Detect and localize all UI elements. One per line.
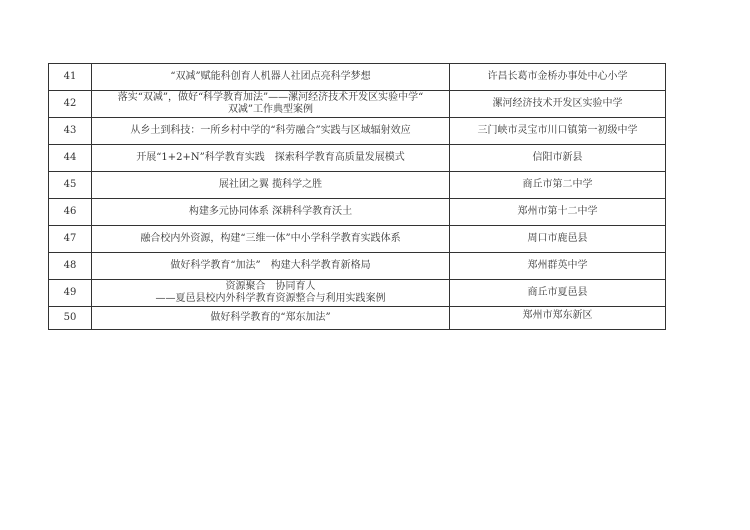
case-title: 落实“双减”，做好“科学教育加法”——漯河经济技术开发区实验中学“双减”工作典型… <box>92 91 450 118</box>
case-title: 展社团之翼 揽科学之胜 <box>92 172 450 199</box>
case-unit: 郑州群英中学 <box>450 253 666 280</box>
case-unit: 商丘市夏邑县 <box>450 280 666 307</box>
table-row: 43 从乡土到科技：一所乡村中学的“科劳融合”实践与区域辐射效应 三门峡市灵宝市… <box>49 118 666 145</box>
row-number: 42 <box>49 91 92 118</box>
case-unit: 许昌长葛市金桥办事处中心小学 <box>450 64 666 91</box>
case-unit: 信阳市新县 <box>450 145 666 172</box>
case-title: “双减”赋能科创育人机器人社团点亮科学梦想 <box>92 64 450 91</box>
case-unit: 三门峡市灵宝市川口镇第一初级中学 <box>450 118 666 145</box>
case-unit: 郑州市郑东新区 <box>450 307 666 330</box>
case-title: 融合校内外资源，构建“三维一体”中小学科学教育实践体系 <box>92 226 450 253</box>
table-row: 49 资源聚合 协同育人——夏邑县校内外科学教育资源整合与利用实践案例 商丘市夏… <box>49 280 666 307</box>
case-title: 资源聚合 协同育人——夏邑县校内外科学教育资源整合与利用实践案例 <box>92 280 450 307</box>
case-title: 从乡土到科技：一所乡村中学的“科劳融合”实践与区域辐射效应 <box>92 118 450 145</box>
table-row: 42 落实“双减”，做好“科学教育加法”——漯河经济技术开发区实验中学“双减”工… <box>49 91 666 118</box>
row-number: 50 <box>49 307 92 330</box>
row-number: 46 <box>49 199 92 226</box>
row-number: 45 <box>49 172 92 199</box>
case-unit: 郑州市第十二中学 <box>450 199 666 226</box>
table-row: 45 展社团之翼 揽科学之胜 商丘市第二中学 <box>49 172 666 199</box>
row-number: 41 <box>49 64 92 91</box>
case-list-table: 41 “双减”赋能科创育人机器人社团点亮科学梦想 许昌长葛市金桥办事处中心小学 … <box>48 63 666 330</box>
row-number: 43 <box>49 118 92 145</box>
case-title: 开展“1+2+N”科学教育实践 探索科学教育高质量发展模式 <box>92 145 450 172</box>
case-title: 做好科学教育“加法” 构建大科学教育新格局 <box>92 253 450 280</box>
table-row: 48 做好科学教育“加法” 构建大科学教育新格局 郑州群英中学 <box>49 253 666 280</box>
table-row: 44 开展“1+2+N”科学教育实践 探索科学教育高质量发展模式 信阳市新县 <box>49 145 666 172</box>
row-number: 44 <box>49 145 92 172</box>
table-row: 46 构建多元协同体系 深耕科学教育沃土 郑州市第十二中学 <box>49 199 666 226</box>
case-title: 做好科学教育的“郑东加法” <box>92 307 450 330</box>
row-number: 49 <box>49 280 92 307</box>
table-row: 47 融合校内外资源，构建“三维一体”中小学科学教育实践体系 周口市鹿邑县 <box>49 226 666 253</box>
table-row: 41 “双减”赋能科创育人机器人社团点亮科学梦想 许昌长葛市金桥办事处中心小学 <box>49 64 666 91</box>
table-row: 50 做好科学教育的“郑东加法” 郑州市郑东新区 <box>49 307 666 330</box>
row-number: 47 <box>49 226 92 253</box>
row-number: 48 <box>49 253 92 280</box>
case-unit: 商丘市第二中学 <box>450 172 666 199</box>
case-title: 构建多元协同体系 深耕科学教育沃土 <box>92 199 450 226</box>
case-unit: 周口市鹿邑县 <box>450 226 666 253</box>
case-unit: 漯河经济技术开发区实验中学 <box>450 91 666 118</box>
